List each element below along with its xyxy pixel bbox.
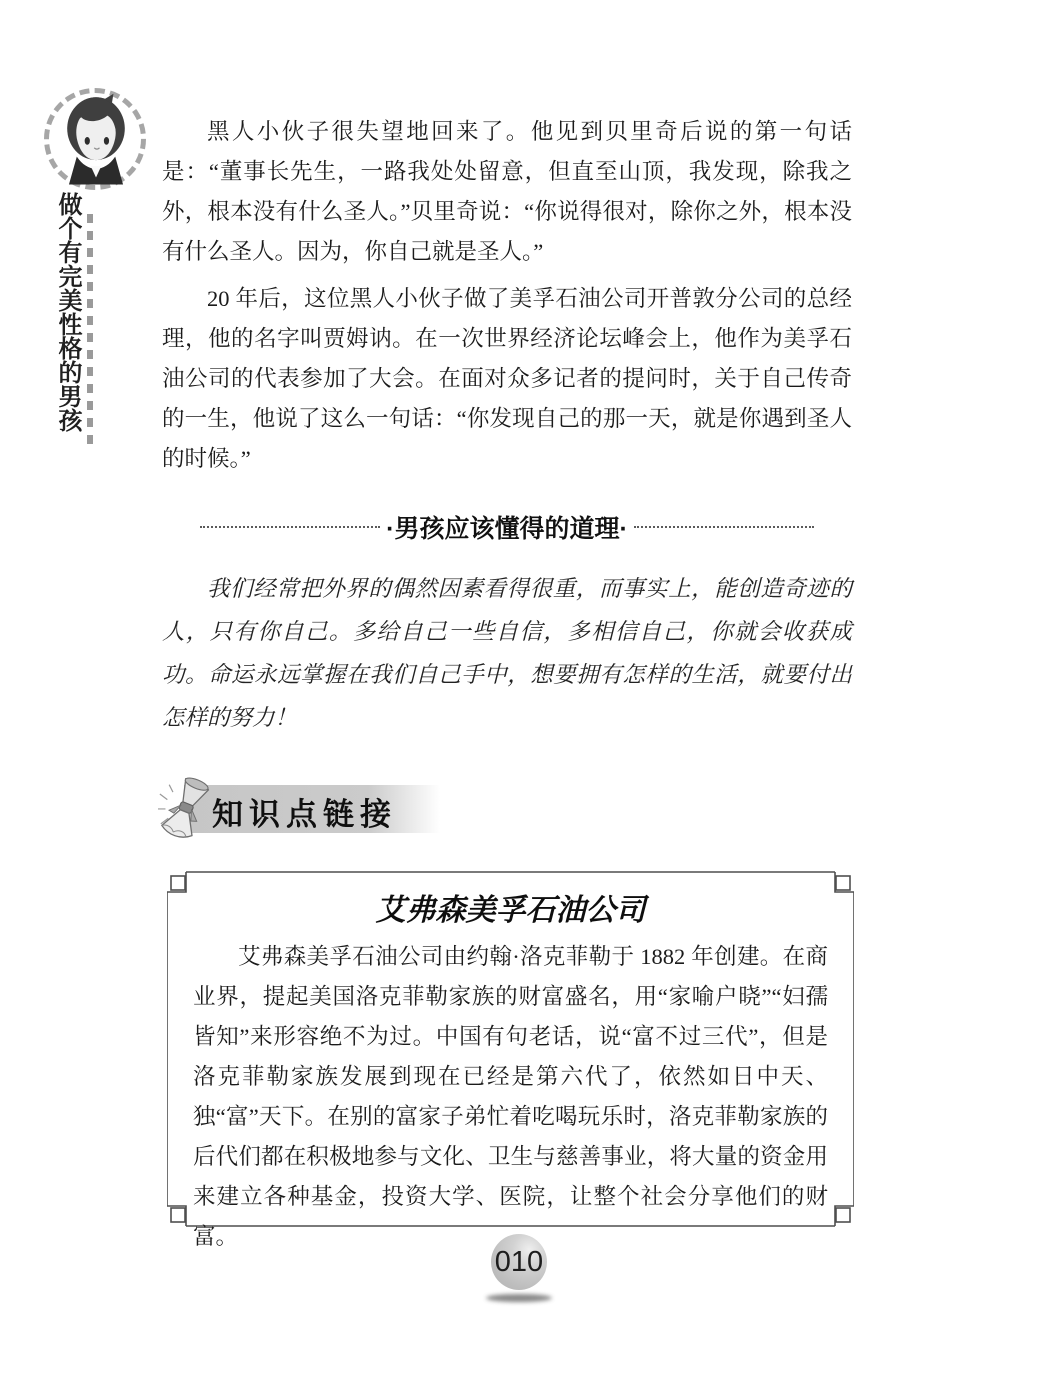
scroll-ribbon-icon xyxy=(158,775,214,841)
knowledge-heading: 知识点链接 xyxy=(162,767,852,847)
boy-avatar-icon xyxy=(52,92,140,188)
main-content: 黑人小伙子很失望地回来了。他见到贝里奇后说的第一句话是：“董事长先生，一路我处处… xyxy=(162,112,852,1227)
book-title-vertical: 做个有完美性格的男孩 xyxy=(50,192,85,452)
book-page: 做个有完美性格的男孩 黑人小伙子很失望地回来了。他见到贝里奇后说的第一句话是：“… xyxy=(0,0,1038,1388)
page-footer: 010 xyxy=(0,1234,1038,1302)
knowledge-box-body: 艾弗森美孚石油公司由约翰·洛克菲勒于 1882 年创建。在商业界，提起美国洛克菲… xyxy=(193,937,828,1257)
principle-title: ·男孩应该懂得的道理· xyxy=(380,509,634,545)
knowledge-heading-label: 知识点链接 xyxy=(212,789,397,834)
principle-body: 我们经常把外界的偶然因素看得很重，而事实上，能创造奇迹的人，只有你自己。多给自己… xyxy=(162,567,852,739)
page-number-badge: 010 xyxy=(491,1234,547,1290)
avatar xyxy=(52,92,140,188)
story-paragraph-2: 20 年后，这位黑人小伙子做了美孚石油公司开普敦分公司的总经理，他的名字叫贾姆讷… xyxy=(162,279,852,479)
sidebar-dashed-line xyxy=(87,214,93,448)
story-paragraph-1: 黑人小伙子很失望地回来了。他见到贝里奇后说的第一句话是：“董事长先生，一路我处处… xyxy=(162,112,852,272)
principle-section-header: ·男孩应该懂得的道理· xyxy=(200,509,814,545)
page-number-shadow xyxy=(486,1294,552,1302)
sidebar: 做个有完美性格的男孩 xyxy=(0,0,160,500)
dotted-rule-left xyxy=(200,526,380,528)
knowledge-box-title: 艾弗森美孚石油公司 xyxy=(193,885,828,929)
dotted-rule-right xyxy=(634,526,814,528)
knowledge-box: 艾弗森美孚石油公司 艾弗森美孚石油公司由约翰·洛克菲勒于 1882 年创建。在商… xyxy=(167,871,854,1227)
